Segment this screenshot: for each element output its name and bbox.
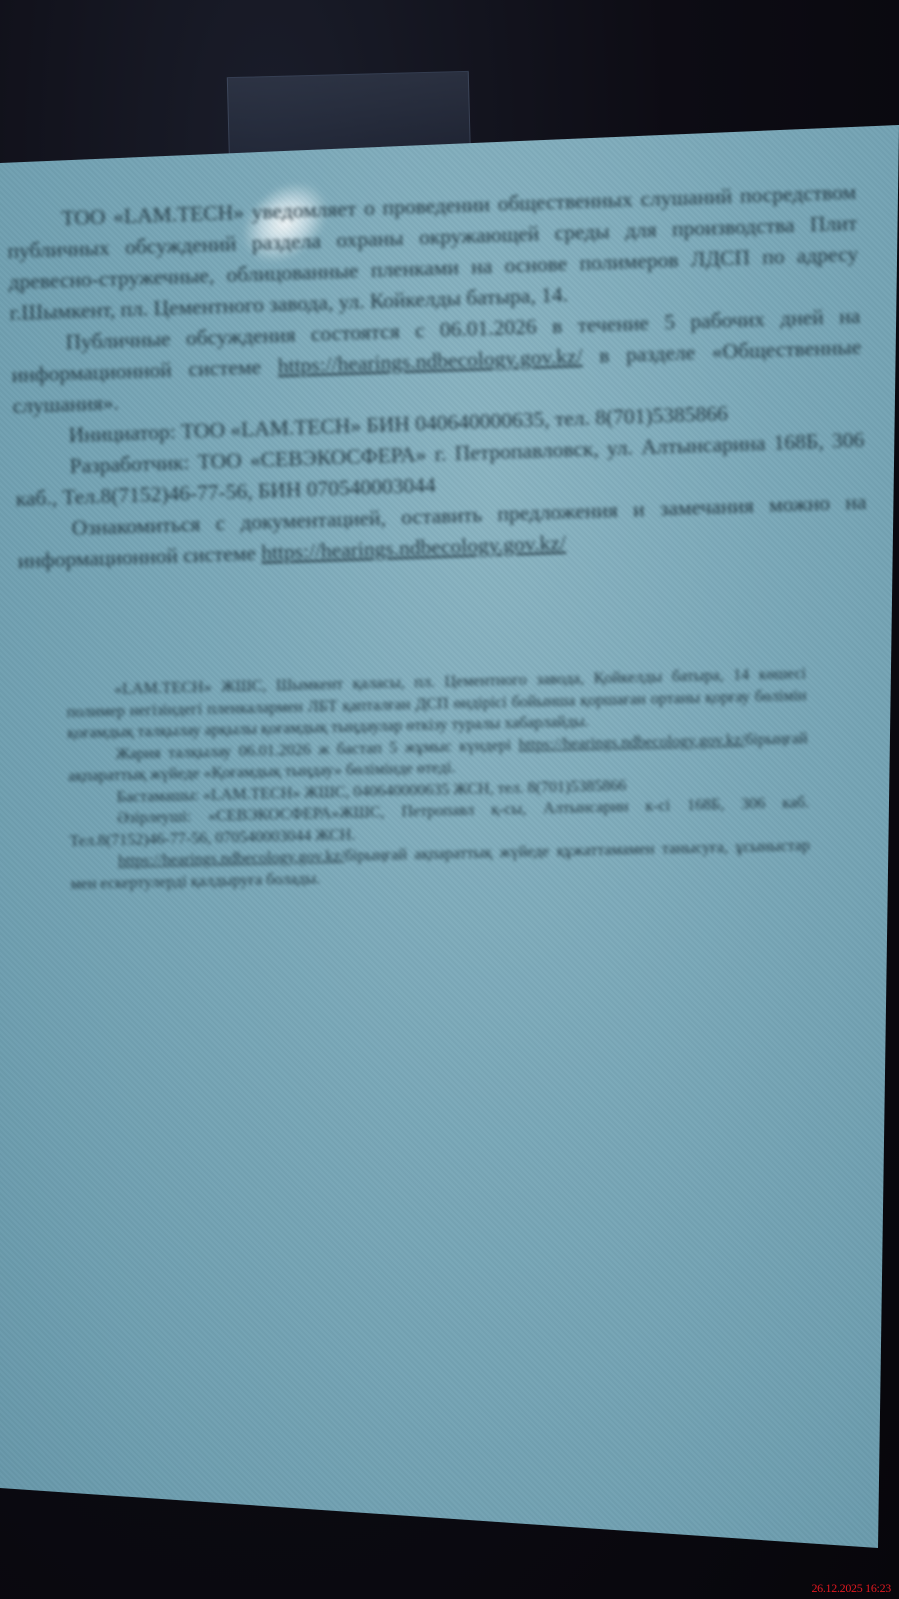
notice-kazakh: «LAM.TECH» ЖШС, Шымкент қаласы, пл. Цеме…	[66, 663, 811, 895]
kz-schedule-section: бірыңғай ақпараттық жүйеде «Қоғамдық тың…	[68, 730, 808, 785]
kz-schedule-text: Жария талқылау 06.01.2026 ж бастап 5 жұм…	[115, 736, 518, 762]
camera-timestamp: 26.12.2025 16:23	[811, 1581, 891, 1596]
notice-paper: ТОО «LAM.TECH» уведомляет о проведении о…	[0, 0, 899, 1599]
kz-paragraph-intro: «LAM.TECH» ЖШС, Шымкент қаласы, пл. Цеме…	[66, 663, 807, 744]
ru-schedule-section: в разделе «Общественные слушания».	[12, 335, 861, 418]
kz-paragraph-developer: Әзірлеуші: «СЕВЭКОСФЕРА»ЖШС, Петропавл қ…	[69, 792, 810, 852]
kz-paragraph-initiator: Бастамашы: «LAM.TECH» ЖШС, 040640000635 …	[68, 771, 808, 809]
kz-review-text: бірыңғай ақпараттық жүйеде құжаттамамен …	[70, 837, 810, 892]
ru-paragraph-schedule: Публичные обсуждения состоятся с 06.01.2…	[10, 301, 863, 422]
hearings-link[interactable]: https://hearings.ndbecology.gov.kz/	[118, 848, 345, 870]
ru-paragraph-review: Ознакомиться с документацией, оставить п…	[16, 487, 868, 577]
hearings-link[interactable]: https://hearings.ndbecology.gov.kz/	[518, 731, 745, 753]
kz-paragraph-review: https://hearings.ndbecology.gov.kz/бірың…	[70, 835, 811, 895]
ru-review-text: Ознакомиться с документацией, оставить п…	[17, 490, 866, 573]
ru-paragraph-intro: ТОО «LAM.TECH» уведомляет о проведении о…	[6, 177, 860, 329]
ru-paragraph-developer: Разработчик: ТОО «СЕВЭКОСФЕРА» г. Петроп…	[14, 425, 866, 515]
ru-paragraph-initiator: Инициатор: ТОО «LAM.TECH» БИН 0406400006…	[13, 394, 864, 453]
ru-schedule-text: Публичные обсуждения состоятся с 06.01.2…	[11, 304, 860, 387]
notice-russian: ТОО «LAM.TECH» уведомляет о проведении о…	[6, 177, 868, 577]
light-glare	[230, 169, 341, 277]
kz-paragraph-schedule: Жария талқылау 06.01.2026 ж бастап 5 жұм…	[67, 728, 808, 788]
hearings-link[interactable]: https://hearings.ndbecology.gov.kz/	[277, 344, 582, 378]
hearings-link[interactable]: https://hearings.ndbecology.gov.kz/	[261, 531, 566, 565]
